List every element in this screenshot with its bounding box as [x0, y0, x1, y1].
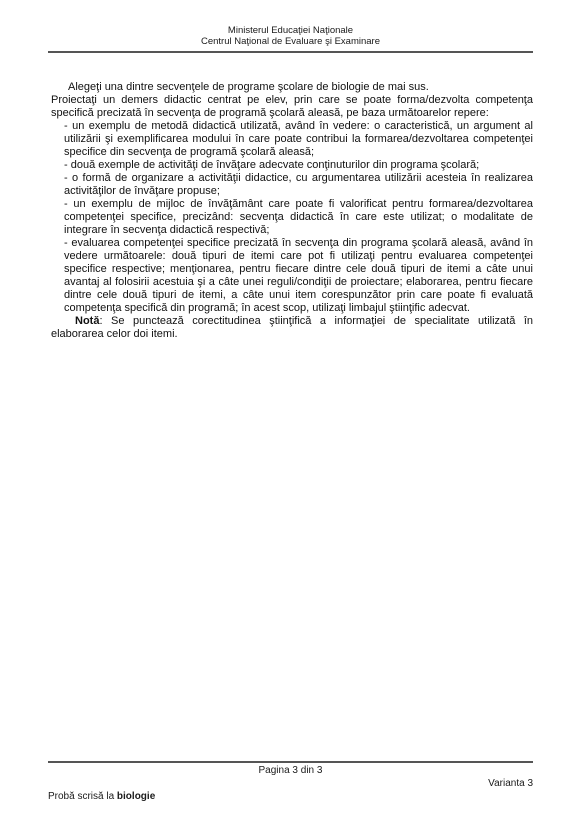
list-item: - o formă de organizare a activităţii di… — [64, 172, 533, 198]
variant-label: Varianta 3 — [48, 777, 533, 790]
footer-rule — [48, 761, 533, 763]
list-item: - evaluarea competenţei specifice preciz… — [64, 237, 533, 315]
exam-label: Probă scrisă la — [48, 791, 117, 802]
header-center-line: Centrul Naţional de Evaluare şi Examinar… — [48, 36, 533, 47]
list-item: - un exemplu de mijloc de învăţământ car… — [64, 198, 533, 237]
document-body: Alegeţi una dintre secvenţele de program… — [51, 81, 533, 341]
exam-subject-line: Probă scrisă la biologie — [48, 790, 533, 803]
note-text: : Se punctează corectitudinea ştiinţific… — [51, 315, 533, 340]
page-number: Pagina 3 din 3 — [48, 764, 533, 777]
page-footer: Pagina 3 din 3 Varianta 3 Probă scrisă l… — [48, 761, 533, 803]
list-item: - două exemple de activităţi de învăţare… — [64, 159, 533, 172]
note-label: Notă — [75, 315, 99, 327]
page-header: Ministerul Educaţiei Naţionale Centrul N… — [48, 0, 533, 53]
task-paragraph: Proiectaţi un demers didactic centrat pe… — [51, 94, 533, 120]
note-paragraph: Notă: Se punctează corectitudinea ştiinţ… — [51, 315, 533, 341]
document-page: Ministerul Educaţiei Naţionale Centrul N… — [0, 0, 581, 814]
header-ministry-line: Ministerul Educaţiei Naţionale — [48, 25, 533, 36]
requirements-list: - un exemplu de metodă didactică utiliza… — [64, 120, 533, 315]
exam-subject: biologie — [117, 791, 155, 802]
intro-paragraph: Alegeţi una dintre secvenţele de program… — [51, 81, 533, 94]
list-item: - un exemplu de metodă didactică utiliza… — [64, 120, 533, 159]
